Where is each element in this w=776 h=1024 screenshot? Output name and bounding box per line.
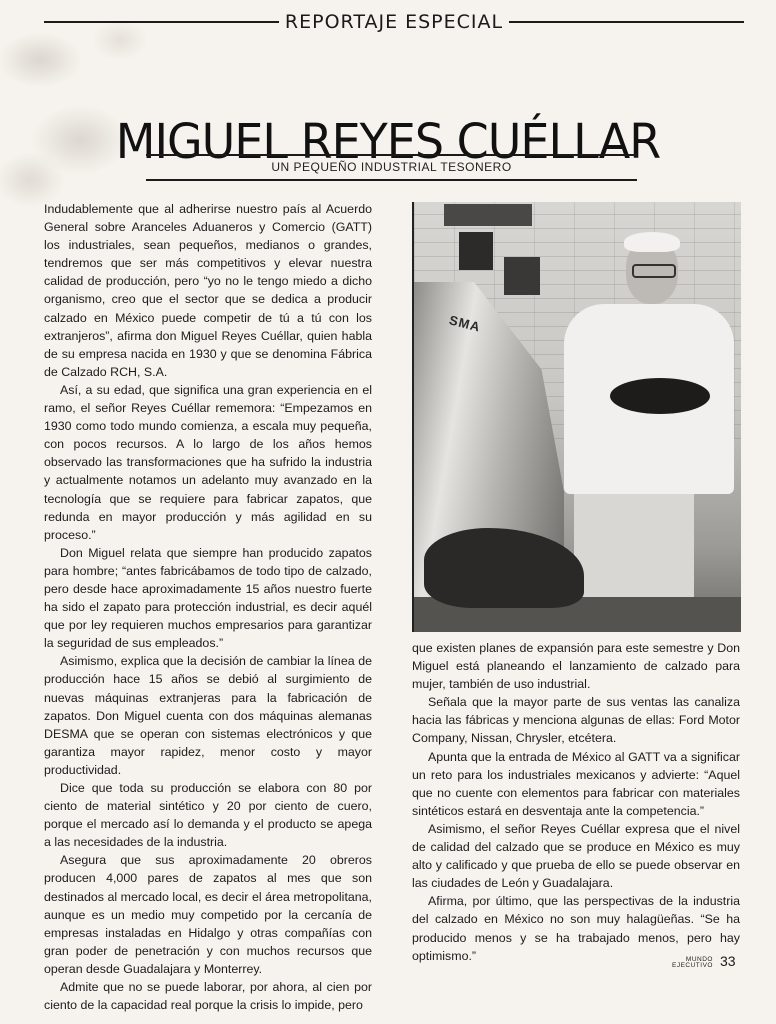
subtitle-rule-bottom	[146, 179, 637, 181]
logo-line-2: EJECUTIVO	[672, 963, 713, 969]
header-rule-right	[509, 21, 744, 23]
article-photo: SMA	[412, 202, 741, 632]
paragraph: Indudablemente que al adherirse nuestro …	[44, 200, 372, 381]
paragraph: Dice que toda su producción se elabora c…	[44, 779, 372, 851]
article-subtitle: UN PEQUEÑO INDUSTRIAL TESONERO	[146, 160, 637, 174]
electrical-box	[459, 232, 493, 270]
held-shoe	[610, 378, 710, 414]
left-column: Indudablemente que al adherirse nuestro …	[44, 200, 372, 1014]
section-header: REPORTAJE ESPECIAL	[44, 8, 744, 36]
paragraph: Apunta que la entrada de México al GATT …	[412, 748, 740, 820]
glasses	[632, 264, 676, 278]
magazine-logo: MUNDO EJECUTIVO	[672, 957, 713, 969]
paragraph: Don Miguel relata que siempre han produc…	[44, 544, 372, 653]
paragraph: Admite que no se puede laborar, por ahor…	[44, 978, 372, 1014]
paragraph: Asegura que sus aproximadamente 20 obrer…	[44, 851, 372, 978]
subtitle-rule-top	[146, 154, 637, 156]
paragraph: Señala que la mayor parte de sus ventas …	[412, 693, 740, 747]
electrical-box	[504, 257, 540, 295]
wall-picture	[444, 204, 532, 226]
page-number: 33	[720, 953, 736, 969]
man-hair	[624, 232, 680, 252]
paragraph: Asimismo, el señor Reyes Cuéllar expresa…	[412, 820, 740, 892]
right-column: que existen planes de expansión para est…	[412, 639, 740, 965]
section-label: REPORTAJE ESPECIAL	[279, 11, 509, 33]
header-rule-left	[44, 21, 279, 23]
paragraph: que existen planes de expansión para est…	[412, 639, 740, 693]
paragraph: Afirma, por último, que las perspectivas…	[412, 892, 740, 964]
paragraph: Así, a su edad, que significa una gran e…	[44, 381, 372, 544]
paragraph: Asimismo, explica que la decisión de cam…	[44, 652, 372, 779]
